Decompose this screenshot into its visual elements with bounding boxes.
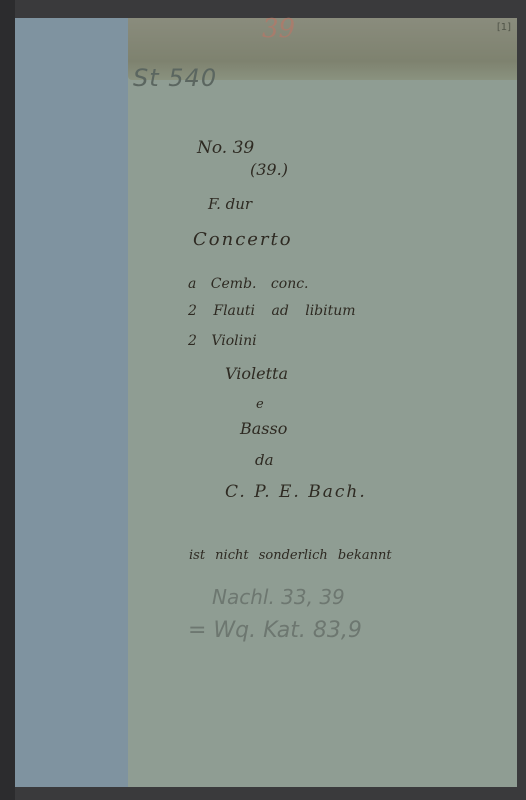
folio-number: [1] [497,22,511,33]
blue-wrapper-strip [15,18,128,787]
instrument-bass: Basso [240,419,287,438]
work-title: Concerto [193,229,293,250]
instrument-violins: 2 Violini [188,333,257,349]
pencil-note-nachlass: Nachl. 33, 39 [212,585,345,609]
catalog-number: No. 39 [197,138,254,158]
conjunction-e: e [256,397,264,412]
key-line: F. dur [208,195,252,213]
instrument-viola: Violetta [225,364,288,383]
instrument-harpsichord: a Cemb. conc. [188,276,309,292]
catalog-number-alt: (39.) [250,160,288,179]
pencil-note-catalog: = Wq. Kat. 83,9 [188,618,362,643]
instrument-flutes: 2 Flauti ad libitum [188,303,356,319]
scanner-edge [0,0,15,800]
manuscript-sheet: [1] [15,18,517,787]
red-crayon-number: 39 [262,14,295,44]
title-page [128,18,517,787]
composer-name: C. P. E. Bach. [225,482,367,502]
remark-note: ist nicht sonderlich bekannt [189,548,392,563]
preposition-da: da [255,451,274,469]
shelfmark: St 540 [133,64,217,92]
